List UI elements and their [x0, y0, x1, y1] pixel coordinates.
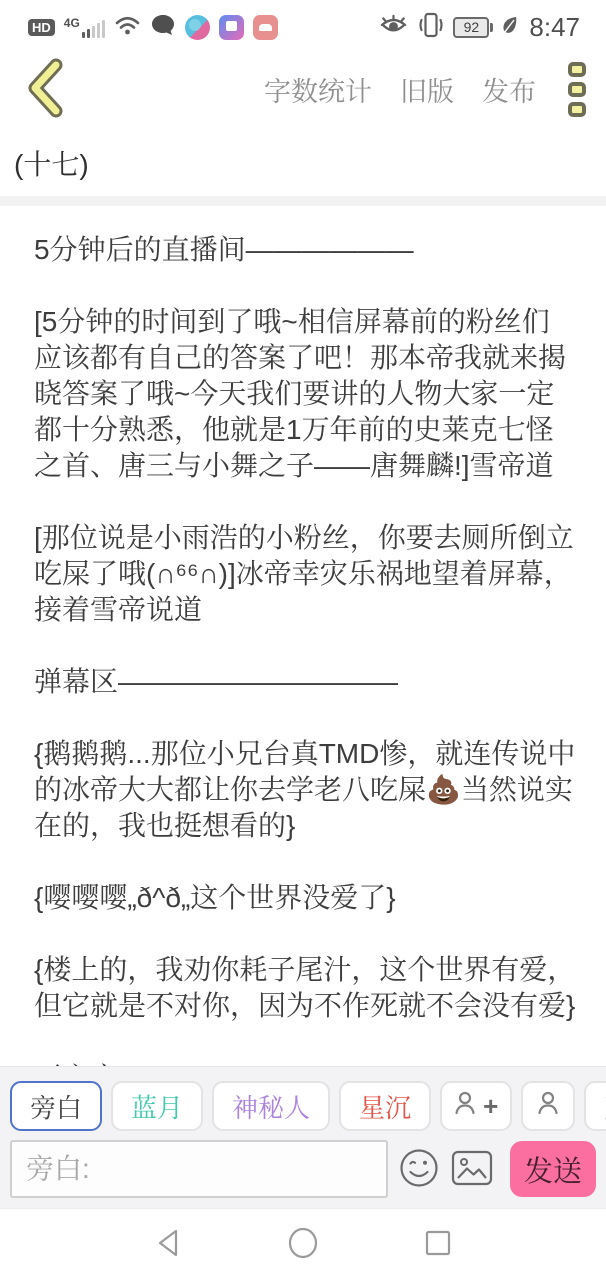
- menu-dot-icon: [568, 62, 586, 77]
- plus-icon: +: [483, 1091, 498, 1122]
- app-notification-icon-1: [185, 15, 210, 40]
- vibrate-icon: [417, 12, 445, 43]
- recents-square-icon: [423, 1228, 453, 1261]
- status-bar: HD 4G: [0, 0, 606, 48]
- person-plus-icon: [454, 1090, 480, 1123]
- role-button-mystery[interactable]: 神秘人: [212, 1081, 330, 1131]
- clock-time: 8:47: [529, 12, 580, 43]
- send-button[interactable]: 发送: [510, 1141, 596, 1197]
- insert-image-button[interactable]: [450, 1149, 494, 1190]
- publish-button[interactable]: 发布: [482, 70, 536, 109]
- smiley-wink-icon: [398, 1147, 440, 1192]
- back-button[interactable]: [24, 58, 68, 121]
- story-paragraph: [5分钟的时间到了哦~相信屏幕前的粉丝们应该都有自己的答案了吧！那本帝我就来揭晓…: [34, 304, 576, 484]
- role-person-button[interactable]: [521, 1081, 575, 1131]
- overflow-menu-button[interactable]: [568, 62, 586, 117]
- eye-comfort-icon: [378, 13, 409, 42]
- old-version-button[interactable]: 旧版: [400, 70, 454, 109]
- status-right-icons: 92 8:47: [378, 12, 580, 43]
- composer-row: 发送: [10, 1140, 596, 1198]
- android-back-button[interactable]: [153, 1227, 183, 1262]
- role-button-xingchen[interactable]: 星沉: [339, 1081, 431, 1131]
- emoji-button[interactable]: [398, 1147, 440, 1192]
- composer-panel: 旁白 蓝月 神秘人 星沉 + 更多: [0, 1066, 606, 1208]
- story-paragraph: {楼上的，我劝你耗子尾汁，这个世界有爱，但它就是不对你，因为不作死就不会没有爱}: [34, 952, 576, 1024]
- image-icon: [450, 1149, 494, 1190]
- chat-bubble-icon: [150, 13, 176, 42]
- signal-icon: 4G: [64, 16, 105, 38]
- header-actions: 字数统计 旧版 发布: [264, 70, 536, 109]
- story-editor-area[interactable]: 5分钟后的直播间—————— [5分钟的时间到了哦~相信屏幕前的粉丝们应该都有自…: [0, 206, 606, 1066]
- battery-level: 92: [453, 17, 489, 38]
- back-chevron-icon: [24, 58, 68, 121]
- story-paragraph: {嘤嘤嘤„ð^ð„这个世界没爱了}: [34, 880, 576, 916]
- android-home-button[interactable]: [287, 1227, 319, 1262]
- chapter-title: (十七): [14, 143, 89, 183]
- wifi-icon: [114, 14, 141, 41]
- story-paragraph: {鹅鹅鹅...那位小兄台真TMD惨，就连传说中的冰帝大大都让你去学老八吃屎💩当然…: [34, 736, 576, 844]
- back-triangle-icon: [153, 1227, 183, 1262]
- role-button-row: 旁白 蓝月 神秘人 星沉 + 更多: [10, 1081, 596, 1131]
- leaf-icon: [501, 15, 519, 40]
- battery-tip: [490, 23, 493, 32]
- network-type-label: 4G: [64, 16, 80, 30]
- app-notification-icon-3: [253, 15, 278, 40]
- chapter-title-row: (十七): [0, 130, 606, 196]
- battery-indicator: 92: [453, 17, 493, 38]
- menu-dot-icon: [568, 102, 586, 117]
- add-role-button[interactable]: +: [440, 1081, 512, 1131]
- android-nav-bar: [0, 1208, 606, 1280]
- menu-dot-icon: [568, 82, 586, 97]
- message-input[interactable]: [10, 1140, 388, 1198]
- more-roles-button[interactable]: 更多: [584, 1081, 606, 1131]
- app-header: 字数统计 旧版 发布: [0, 48, 606, 130]
- status-left-icons: HD 4G: [28, 13, 278, 42]
- home-circle-icon: [287, 1227, 319, 1262]
- story-paragraph: 5分钟后的直播间——————: [34, 232, 576, 268]
- story-paragraph: [那位说是小雨浩的小粉丝，你要去厕所倒立吃屎了哦(∩⁶⁶∩)]冰帝幸灾乐祸地望着…: [34, 520, 576, 628]
- android-recents-button[interactable]: [423, 1228, 453, 1261]
- app-notification-icon-2: [219, 15, 244, 40]
- word-count-button[interactable]: 字数统计: [264, 70, 372, 109]
- role-button-narrator[interactable]: 旁白: [10, 1081, 102, 1131]
- story-paragraph: 弹幕区——————————: [34, 664, 576, 700]
- signal-bars-icon: [82, 20, 105, 38]
- hd-badge-icon: HD: [28, 19, 55, 36]
- role-button-lanyue[interactable]: 蓝月: [111, 1081, 203, 1131]
- person-icon: [535, 1090, 561, 1123]
- section-divider: [0, 196, 606, 206]
